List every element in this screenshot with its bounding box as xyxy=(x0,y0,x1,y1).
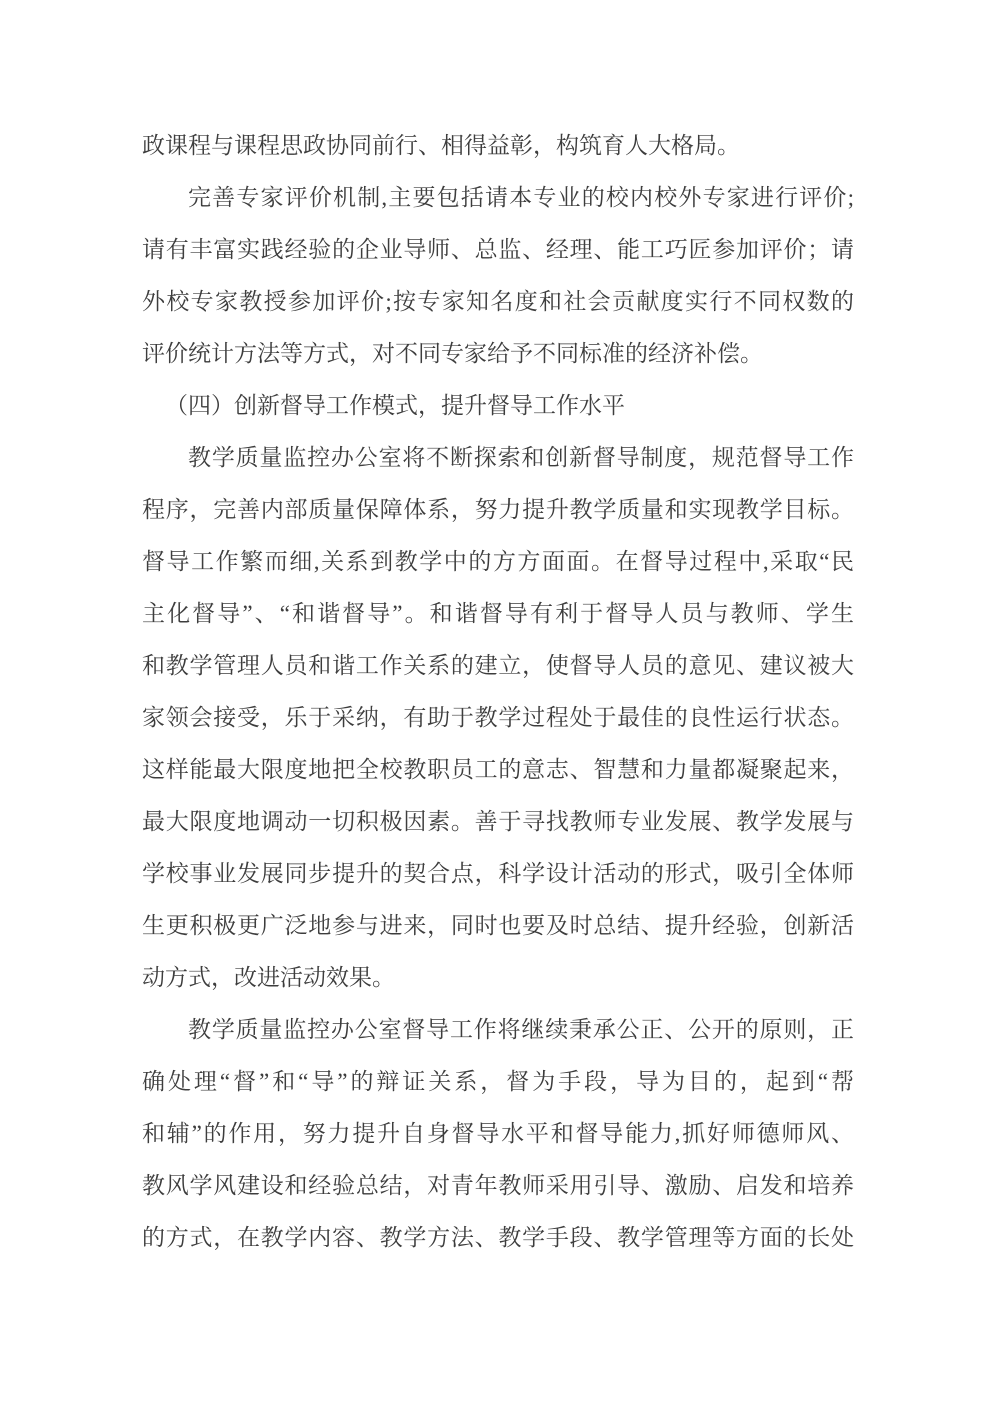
text-line: 的方式，在教学内容、教学方法、教学手段、教学管理等方面的长处 xyxy=(142,1212,854,1264)
text-block: 政课程与课程思政协同前行、相得益彰，构筑育人大格局。 完善专家评价机制,主要包括… xyxy=(142,120,854,1264)
text-line: 生更积极更广泛地参与进来，同时也要及时总结、提升经验，创新活 xyxy=(142,900,854,952)
text-line: 最大限度地调动一切积极因素。善于寻找教师专业发展、教学发展与 xyxy=(142,796,854,848)
section-heading: （四）创新督导工作模式，提升督导工作水平 xyxy=(142,380,854,432)
text-line: 政课程与课程思政协同前行、相得益彰，构筑育人大格局。 xyxy=(142,120,854,172)
text-line: 教学质量监控办公室督导工作将继续秉承公正、公开的原则，正 xyxy=(142,1004,854,1056)
text-line: 和辅”的作用，努力提升自身督导水平和督导能力,抓好师德师风、 xyxy=(142,1108,854,1160)
text-line: 动方式，改进活动效果。 xyxy=(142,952,854,1004)
text-line: 评价统计方法等方式，对不同专家给予不同标准的经济补偿。 xyxy=(142,328,854,380)
text-line: 教学质量监控办公室将不断探索和创新督导制度，规范督导工作 xyxy=(142,432,854,484)
text-line: 和教学管理人员和谐工作关系的建立，使督导人员的意见、建议被大 xyxy=(142,640,854,692)
text-line: 确处理“督”和“导”的辩证关系，督为手段，导为目的，起到“帮 xyxy=(142,1056,854,1108)
text-line: 这样能最大限度地把全校教职员工的意志、智慧和力量都凝聚起来， xyxy=(142,744,854,796)
text-line: 主化督导”、“和谐督导”。和谐督导有利于督导人员与教师、学生 xyxy=(142,588,854,640)
text-line: 家领会接受，乐于采纳，有助于教学过程处于最佳的良性运行状态。 xyxy=(142,692,854,744)
text-line: 完善专家评价机制,主要包括请本专业的校内校外专家进行评价; xyxy=(142,172,854,224)
text-line: 外校专家教授参加评价;按专家知名度和社会贡献度实行不同权数的 xyxy=(142,276,854,328)
text-line: 请有丰富实践经验的企业导师、总监、经理、能工巧匠参加评价；请 xyxy=(142,224,854,276)
document-page: 政课程与课程思政协同前行、相得益彰，构筑育人大格局。 完善专家评价机制,主要包括… xyxy=(0,0,992,1404)
text-line: 学校事业发展同步提升的契合点，科学设计活动的形式，吸引全体师 xyxy=(142,848,854,900)
text-line: 督导工作繁而细,关系到教学中的方方面面。在督导过程中,采取“民 xyxy=(142,536,854,588)
text-line: 教风学风建设和经验总结，对青年教师采用引导、激励、启发和培养 xyxy=(142,1160,854,1212)
text-line: 程序，完善内部质量保障体系，努力提升教学质量和实现教学目标。 xyxy=(142,484,854,536)
